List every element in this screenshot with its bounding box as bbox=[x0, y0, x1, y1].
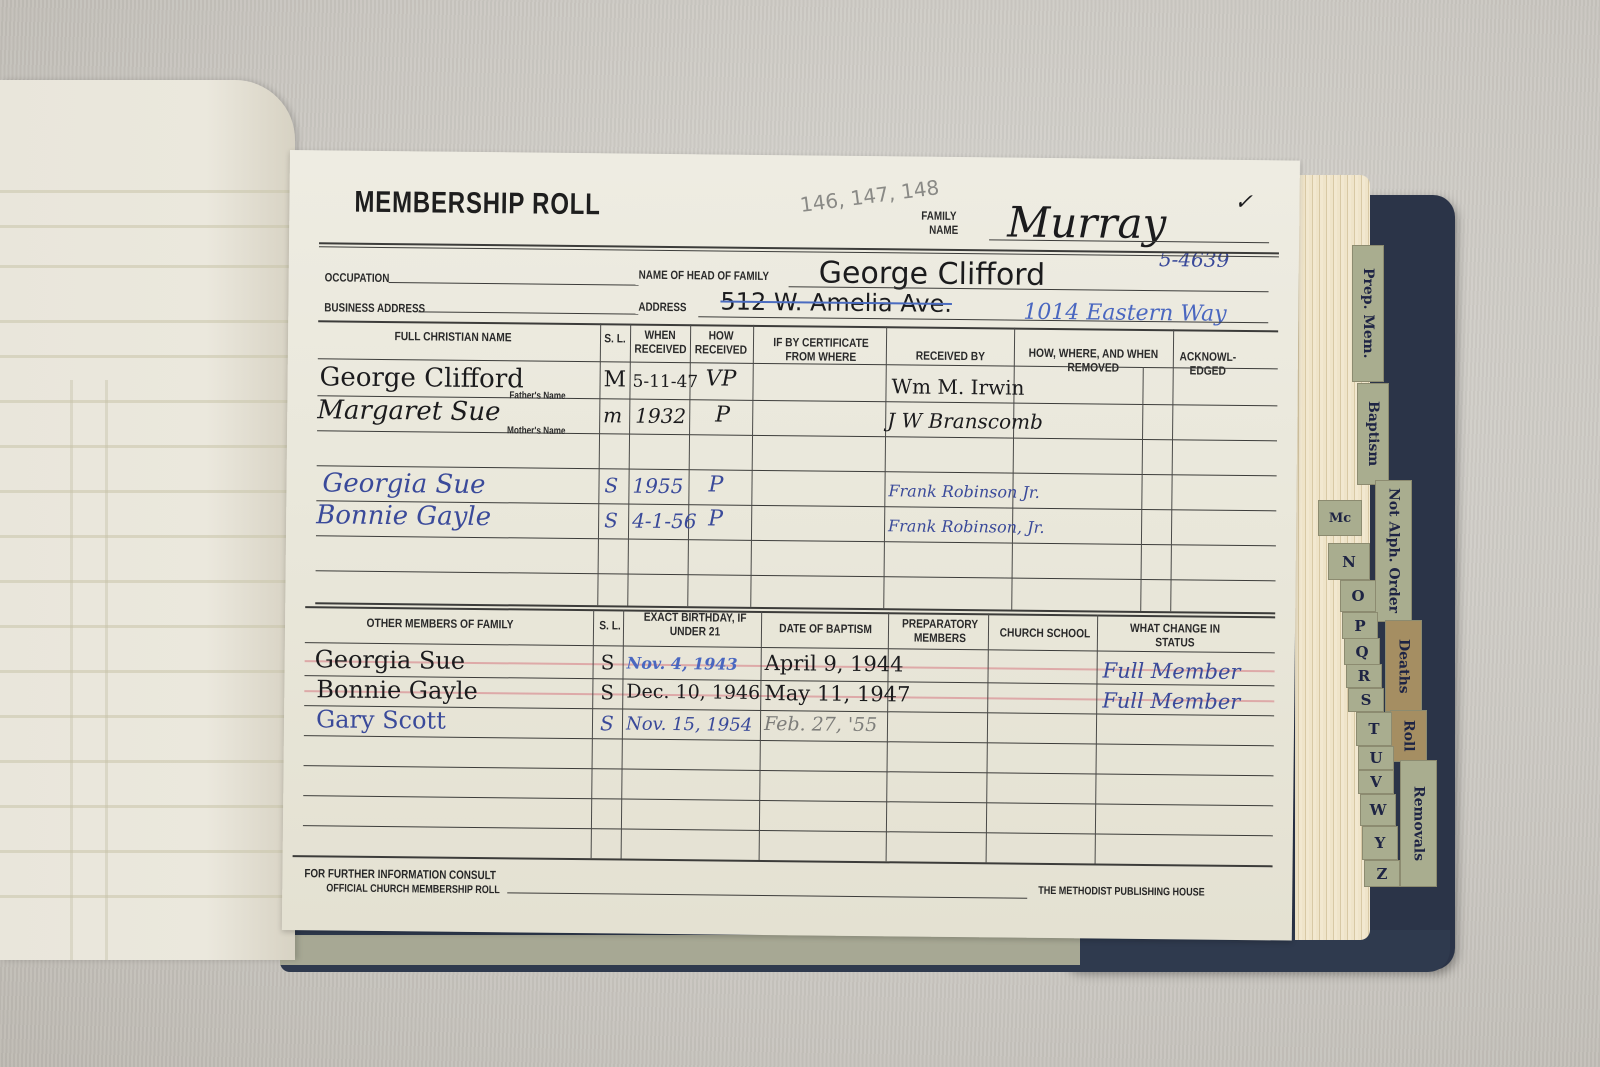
tab-prep-mem[interactable]: Prep. Mem. bbox=[1352, 245, 1384, 382]
tab-letter-w[interactable]: W bbox=[1360, 794, 1396, 826]
member-name: Margaret Sue bbox=[317, 395, 500, 427]
tab-letter-mc[interactable]: Mc bbox=[1318, 500, 1362, 536]
header-preparatory: PREPARATORY MEMBERS bbox=[897, 616, 982, 645]
family-name-label-2: NAME bbox=[929, 223, 958, 237]
occupation-field[interactable] bbox=[389, 282, 639, 286]
member-how: P bbox=[715, 402, 730, 427]
business-address-label: BUSINESS ADDRESS bbox=[324, 300, 425, 315]
header-sl-2: S. L. bbox=[597, 618, 623, 632]
pencil-page-numbers: 146, 147, 148 bbox=[799, 175, 941, 217]
other-member-status: Full Member bbox=[1102, 689, 1240, 714]
family-name-label-1: FAMILY bbox=[921, 209, 956, 223]
left-page bbox=[0, 80, 295, 960]
tab-letter-y[interactable]: Y bbox=[1362, 826, 1398, 860]
tab-not-alph-order[interactable]: Not Alph. Order bbox=[1375, 480, 1412, 622]
other-member-baptism: Feb. 27, '55 bbox=[764, 713, 878, 736]
header-church-school: CHURCH SCHOOL bbox=[998, 625, 1092, 640]
member-received-by: Wm M. Irwin bbox=[891, 374, 1024, 399]
other-member-status: Full Member bbox=[1102, 659, 1240, 684]
header-other-members: OTHER MEMBERS OF FAMILY bbox=[351, 616, 530, 632]
tab-deaths[interactable]: Deaths bbox=[1385, 620, 1422, 712]
tab-letter-u[interactable]: U bbox=[1358, 746, 1394, 770]
member-when: 5-11-47 bbox=[632, 372, 698, 393]
head-of-family-label: NAME OF HEAD OF FAMILY bbox=[639, 268, 769, 283]
footer-publisher: THE METHODIST PUBLISHING HOUSE bbox=[1038, 885, 1204, 899]
header-sl: S. L. bbox=[602, 331, 628, 345]
tab-letter-p[interactable]: P bbox=[1342, 612, 1378, 639]
tab-letter-r[interactable]: R bbox=[1346, 664, 1382, 688]
header-how-received: HOW RECEIVED bbox=[695, 328, 748, 357]
occupation-label: OCCUPATION bbox=[325, 270, 390, 285]
tab-letter-s[interactable]: S bbox=[1348, 688, 1384, 712]
other-member-baptism: May 11, 1947 bbox=[764, 681, 910, 707]
other-member-sl: S bbox=[600, 711, 614, 735]
member-sl: S bbox=[604, 508, 618, 532]
other-member-baptism: April 9, 1944 bbox=[765, 651, 904, 676]
address-label: ADDRESS bbox=[638, 300, 686, 315]
member-when: 4-1-56 bbox=[632, 509, 697, 534]
tab-letter-z[interactable]: Z bbox=[1364, 860, 1400, 887]
member-name: Bonnie Gayle bbox=[316, 500, 491, 532]
other-member-name: Gary Scott bbox=[316, 705, 446, 734]
header-baptism: DATE OF BAPTISM bbox=[772, 621, 878, 636]
tab-letter-t[interactable]: T bbox=[1356, 712, 1392, 746]
mothers-name-label: Mother's Name bbox=[507, 425, 566, 437]
tab-letter-o[interactable]: O bbox=[1340, 580, 1376, 612]
tab-letter-v[interactable]: V bbox=[1358, 770, 1394, 794]
member-sl: S bbox=[604, 473, 618, 497]
member-when: 1955 bbox=[632, 474, 683, 499]
business-address-field[interactable] bbox=[418, 311, 638, 314]
tab-removals[interactable]: Removals bbox=[1400, 760, 1437, 887]
other-member-birthday: Dec. 10, 1946 bbox=[626, 681, 760, 704]
header-removed: HOW, WHERE, AND WHEN REMOVED bbox=[1027, 346, 1159, 375]
header-status-change: WHAT CHANGE IN STATUS bbox=[1111, 621, 1239, 650]
member-received-by: Frank Robinson, Jr. bbox=[888, 516, 1045, 537]
header-acknowledged: ACKNOWL-EDGED bbox=[1178, 349, 1238, 378]
book-spine-cloth bbox=[280, 935, 1080, 965]
tab-baptism[interactable]: Baptism bbox=[1357, 383, 1389, 485]
other-member-sl: S bbox=[600, 680, 614, 704]
member-sl: M bbox=[603, 367, 626, 392]
other-member-birthday: Nov. 4, 1943 bbox=[627, 654, 738, 674]
header-full-name: FULL CHRISTIAN NAME bbox=[355, 329, 551, 345]
check-mark: ✓ bbox=[1234, 190, 1253, 215]
member-when: 1932 bbox=[635, 404, 686, 429]
other-member-sl: S bbox=[601, 650, 615, 674]
member-name: Georgia Sue bbox=[322, 468, 485, 500]
member-received-by: Frank Robinson Jr. bbox=[888, 481, 1040, 502]
other-member-birthday: Nov. 15, 1954 bbox=[626, 714, 752, 736]
member-how: P bbox=[708, 506, 723, 531]
form-title: MEMBERSHIP ROLL bbox=[354, 186, 601, 223]
address-struck-value: 512 W. Amelia Ave. bbox=[720, 288, 952, 318]
footer-consult-line2: OFFICIAL CHURCH MEMBERSHIP ROLL bbox=[326, 882, 500, 896]
tab-letter-n[interactable]: N bbox=[1328, 543, 1370, 580]
header-received-by: RECEIVED BY bbox=[897, 348, 1003, 363]
tab-letter-q[interactable]: Q bbox=[1344, 638, 1380, 665]
member-received-by: J W Branscomb bbox=[887, 408, 1043, 434]
tab-roll[interactable]: Roll bbox=[1390, 710, 1427, 762]
other-member-name: Bonnie Gayle bbox=[316, 675, 478, 705]
member-how: P bbox=[708, 472, 723, 497]
header-birthday: EXACT BIRTHDAY, IF UNDER 21 bbox=[640, 610, 751, 639]
header-certificate: IF BY CERTIFICATE FROM WHERE bbox=[766, 335, 877, 364]
membership-roll-page: MEMBERSHIP ROLL 146, 147, 148 FAMILY NAM… bbox=[282, 150, 1300, 941]
member-name: George Clifford bbox=[319, 362, 524, 394]
header-when-received: WHEN RECEIVED bbox=[634, 328, 685, 357]
other-member-name: Georgia Sue bbox=[315, 645, 466, 675]
address-new-value[interactable]: 1014 Eastern Way bbox=[1023, 300, 1226, 327]
member-sl: m bbox=[603, 403, 622, 427]
member-how: VP bbox=[705, 366, 736, 391]
footer-consult-line1: FOR FURTHER INFORMATION CONSULT bbox=[304, 866, 496, 882]
